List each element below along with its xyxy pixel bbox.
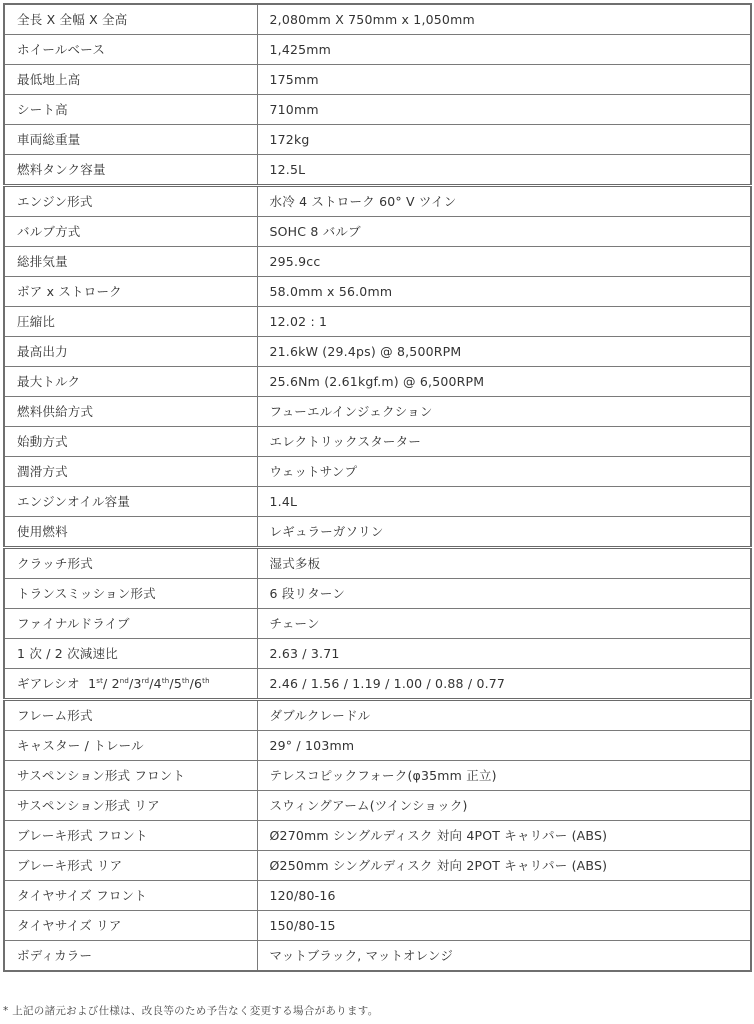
spec-label: タイヤサイズ フロント	[4, 881, 257, 911]
spec-label: タイヤサイズ リア	[4, 911, 257, 941]
spec-value: 12.02 : 1	[257, 307, 751, 337]
spec-row-bore-stroke: ボア x ストローク 58.0mm x 56.0mm	[4, 277, 751, 307]
spec-label: 車両総重量	[4, 125, 257, 155]
spec-value: 1,425mm	[257, 35, 751, 65]
spec-label: 最大トルク	[4, 367, 257, 397]
spec-row-dimensions: 全長 X 全幅 X 全高 2,080mm X 750mm x 1,050mm	[4, 4, 751, 35]
spec-row-tire-rear: タイヤサイズ リア 150/80-15	[4, 911, 751, 941]
spec-row-valve-system: バルブ方式 SOHC 8 バルブ	[4, 217, 751, 247]
spec-row-gear-ratio: ギアレシオ 1st/ 2nd/3rd/4th/5th/6th 2.46 / 1.…	[4, 669, 751, 700]
gear-num: 5	[174, 676, 182, 691]
spec-value: レギュラーガソリン	[257, 517, 751, 548]
spec-value: マットブラック, マットオレンジ	[257, 941, 751, 972]
spec-value: 1.4L	[257, 487, 751, 517]
spec-value: フューエルインジェクション	[257, 397, 751, 427]
spec-value: チェーン	[257, 609, 751, 639]
spec-label: サスペンション形式 フロント	[4, 761, 257, 791]
spec-value: 710mm	[257, 95, 751, 125]
spec-value: スウィングアーム(ツインショック)	[257, 791, 751, 821]
spec-label: 最低地上高	[4, 65, 257, 95]
spec-row-brake-front: ブレーキ形式 フロント Ø270mm シングルディスク 対向 4POT キャリパ…	[4, 821, 751, 851]
spec-row-oil-capacity: エンジンオイル容量 1.4L	[4, 487, 751, 517]
spec-row-weight: 車両総重量 172kg	[4, 125, 751, 155]
spec-row-fuel-type: 使用燃料 レギュラーガソリン	[4, 517, 751, 548]
spec-value: 150/80-15	[257, 911, 751, 941]
spec-row-body-color: ボディカラー マットブラック, マットオレンジ	[4, 941, 751, 972]
spec-value: 29° / 103mm	[257, 731, 751, 761]
spec-label: エンジン形式	[4, 186, 257, 217]
gear-suffix: th	[202, 676, 210, 684]
gear-num: 1	[88, 676, 96, 691]
spec-row-engine-type: エンジン形式 水冷 4 ストローク 60° V ツイン	[4, 186, 751, 217]
spec-value: Ø250mm シングルディスク 対向 2POT キャリパー (ABS)	[257, 851, 751, 881]
spec-row-suspension-rear: サスペンション形式 リア スウィングアーム(ツインショック)	[4, 791, 751, 821]
spec-label: ホイールベース	[4, 35, 257, 65]
spec-value: Ø270mm シングルディスク 対向 4POT キャリパー (ABS)	[257, 821, 751, 851]
spec-label: エンジンオイル容量	[4, 487, 257, 517]
spec-row-reduction-ratio: 1 次 / 2 次減速比 2.63 / 3.71	[4, 639, 751, 669]
spec-label: ギアレシオ 1st/ 2nd/3rd/4th/5th/6th	[4, 669, 257, 700]
gear-suffix: st	[96, 676, 103, 684]
spec-value: 2,080mm X 750mm x 1,050mm	[257, 4, 751, 35]
spec-value: 25.6Nm (2.61kgf.m) @ 6,500RPM	[257, 367, 751, 397]
gear-num: 4	[154, 676, 162, 691]
spec-label: バルブ方式	[4, 217, 257, 247]
spec-label: 始動方式	[4, 427, 257, 457]
gear-suffix: th	[162, 676, 170, 684]
gear-suffix: th	[182, 676, 190, 684]
spec-label: ブレーキ形式 リア	[4, 851, 257, 881]
spec-row-lubrication: 潤滑方式 ウェットサンプ	[4, 457, 751, 487]
spec-row-max-power: 最高出力 21.6kW (29.4ps) @ 8,500RPM	[4, 337, 751, 367]
spec-label: キャスター / トレール	[4, 731, 257, 761]
spec-value: 21.6kW (29.4ps) @ 8,500RPM	[257, 337, 751, 367]
spec-label: サスペンション形式 リア	[4, 791, 257, 821]
spec-table: 全長 X 全幅 X 全高 2,080mm X 750mm x 1,050mm ホ…	[3, 3, 752, 972]
spec-label: 圧縮比	[4, 307, 257, 337]
spec-value: 12.5L	[257, 155, 751, 186]
spec-value: 6 段リターン	[257, 579, 751, 609]
spec-label: フレーム形式	[4, 700, 257, 731]
footnote: * 上記の諸元および仕様は、改良等のため予告なく変更する場合があります。	[3, 1003, 379, 1018]
spec-row-ground-clearance: 最低地上高 175mm	[4, 65, 751, 95]
spec-row-fuel-supply: 燃料供給方式 フューエルインジェクション	[4, 397, 751, 427]
spec-label: 使用燃料	[4, 517, 257, 548]
spec-label: シート高	[4, 95, 257, 125]
spec-label: 1 次 / 2 次減速比	[4, 639, 257, 669]
spec-row-wheelbase: ホイールベース 1,425mm	[4, 35, 751, 65]
spec-label: 燃料供給方式	[4, 397, 257, 427]
spec-value: 2.46 / 1.56 / 1.19 / 1.00 / 0.88 / 0.77	[257, 669, 751, 700]
gear-num: 2	[112, 676, 120, 691]
spec-value: SOHC 8 バルブ	[257, 217, 751, 247]
spec-label: ファイナルドライブ	[4, 609, 257, 639]
gear-suffix: rd	[142, 676, 150, 684]
spec-label: 燃料タンク容量	[4, 155, 257, 186]
spec-row-caster-trail: キャスター / トレール 29° / 103mm	[4, 731, 751, 761]
spec-value: テレスコピックフォーク(φ35mm 正立)	[257, 761, 751, 791]
spec-label: クラッチ形式	[4, 548, 257, 579]
spec-label: ボディカラー	[4, 941, 257, 972]
spec-value: 2.63 / 3.71	[257, 639, 751, 669]
spec-label: 潤滑方式	[4, 457, 257, 487]
spec-row-frame: フレーム形式 ダブルクレードル	[4, 700, 751, 731]
spec-value: 172kg	[257, 125, 751, 155]
spec-value: 175mm	[257, 65, 751, 95]
gear-suffix: nd	[120, 676, 129, 684]
spec-label: 全長 X 全幅 X 全高	[4, 4, 257, 35]
gear-num: 3	[133, 676, 141, 691]
spec-row-transmission: トランスミッション形式 6 段リターン	[4, 579, 751, 609]
spec-row-clutch: クラッチ形式 湿式多板	[4, 548, 751, 579]
spec-value: 水冷 4 ストローク 60° V ツイン	[257, 186, 751, 217]
spec-label: 総排気量	[4, 247, 257, 277]
gear-ratio-prefix: ギアレシオ	[17, 676, 80, 691]
gear-num: 6	[194, 676, 202, 691]
spec-label: 最高出力	[4, 337, 257, 367]
spec-row-seat-height: シート高 710mm	[4, 95, 751, 125]
spec-label: ブレーキ形式 フロント	[4, 821, 257, 851]
spec-row-max-torque: 最大トルク 25.6Nm (2.61kgf.m) @ 6,500RPM	[4, 367, 751, 397]
spec-row-brake-rear: ブレーキ形式 リア Ø250mm シングルディスク 対向 2POT キャリパー …	[4, 851, 751, 881]
spec-value: 295.9cc	[257, 247, 751, 277]
spec-row-tire-front: タイヤサイズ フロント 120/80-16	[4, 881, 751, 911]
spec-row-final-drive: ファイナルドライブ チェーン	[4, 609, 751, 639]
spec-label: トランスミッション形式	[4, 579, 257, 609]
spec-row-suspension-front: サスペンション形式 フロント テレスコピックフォーク(φ35mm 正立)	[4, 761, 751, 791]
spec-value: 120/80-16	[257, 881, 751, 911]
spec-value: 湿式多板	[257, 548, 751, 579]
spec-value: ダブルクレードル	[257, 700, 751, 731]
spec-row-starter: 始動方式 エレクトリックスターター	[4, 427, 751, 457]
spec-row-fuel-tank: 燃料タンク容量 12.5L	[4, 155, 751, 186]
spec-label: ボア x ストローク	[4, 277, 257, 307]
spec-row-compression: 圧縮比 12.02 : 1	[4, 307, 751, 337]
spec-row-displacement: 総排気量 295.9cc	[4, 247, 751, 277]
spec-value: 58.0mm x 56.0mm	[257, 277, 751, 307]
spec-value: ウェットサンプ	[257, 457, 751, 487]
spec-value: エレクトリックスターター	[257, 427, 751, 457]
